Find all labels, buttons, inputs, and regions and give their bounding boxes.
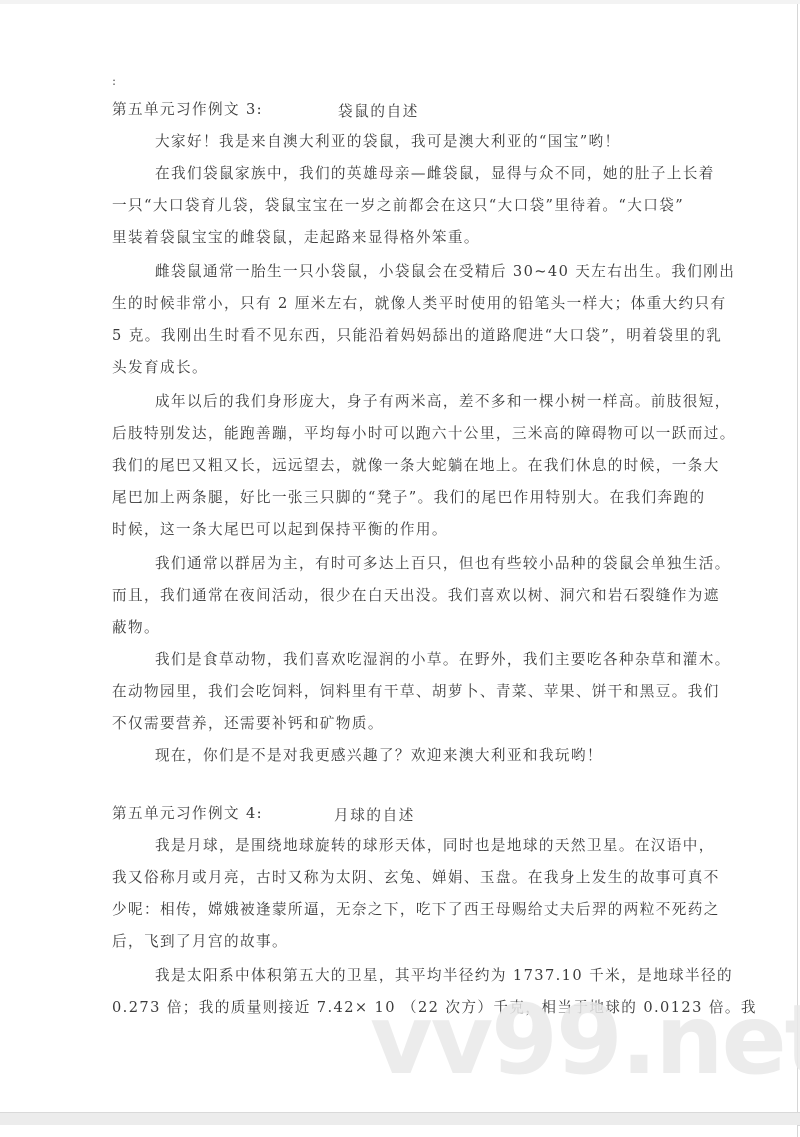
essay-heading: 第五单元习作例文 4: <box>112 804 263 824</box>
page-marker: : <box>112 74 116 88</box>
paragraph-line: 我是月球，是围绕地球旋转的球形天体，同时也是地球的天然卫星。在汉语中， <box>155 836 715 856</box>
paragraph-line: 不仅需要营养，还需要补钙和矿物质。 <box>112 714 384 734</box>
paragraph-line: 我们通常以群居为主，有时可多达上百只，但也有些较小品种的袋鼠会单独生活。 <box>155 554 731 574</box>
essay-label: 第五单元习作例文 4: <box>112 805 263 822</box>
document-page: : 第五单元习作例文 3: 袋鼠的自述 大家好！我是来自澳大利亚的袋鼠，我可是澳… <box>0 4 798 1112</box>
essay-title: 月球的自述 <box>334 804 415 825</box>
essay-heading: 第五单元习作例文 3: <box>112 100 263 120</box>
paragraph-line: 雌袋鼠通常一胎生一只小袋鼠，小袋鼠会在受精后 30~40 天左右出生。我们刚出 <box>155 262 735 282</box>
paragraph-line: 生的时候非常小，只有 2 厘米左右，就像人类平时使用的铅笔头一样大；体重大约只有 <box>112 294 727 314</box>
paragraph-line: 我们是食草动物，我们喜欢吃湿润的小草。在野外，我们主要吃各种杂草和灌木。 <box>155 650 731 670</box>
paragraph-line: 后肢特别发达，能跑善蹦，平均每小时可以跑六十公里，三米高的障碍物可以一跃而过。 <box>112 424 736 444</box>
paragraph-line: 在动物园里，我们会吃饲料，饲料里有干草、胡萝卜、青菜、苹果、饼干和黑豆。我们 <box>112 682 720 702</box>
paragraph-line: 里装着袋鼠宝宝的雌袋鼠，走起路来显得格外笨重。 <box>112 228 480 248</box>
paragraph-line: 我们的尾巴又粗又长，远远望去，就像一条大蛇躺在地上。在我们休息的时候，一条大 <box>112 456 720 476</box>
next-page <box>0 1125 798 1137</box>
paragraph-line: 后，飞到了月宫的故事。 <box>112 932 288 952</box>
paragraph-line: 5 克。我刚出生时看不见东西，只能沿着妈妈舔出的道路爬进“大口袋”，明着袋里的乳 <box>112 326 722 346</box>
paragraph-line: 成年以后的我们身形庞大，身子有两米高，差不多和一棵小树一样高。前肢很短， <box>155 392 731 412</box>
paragraph-line: 而且，我们通常在夜间活动，很少在白天出没。我们喜欢以树、洞穴和岩石裂缝作为遮 <box>112 586 720 606</box>
paragraph-line: 尾巴加上两条腿，好比一张三只脚的“凳子”。我们的尾巴作用特别大。在我们奔跑的 <box>112 488 706 508</box>
paragraph-line: 大家好！我是来自澳大利亚的袋鼠，我可是澳大利亚的“国宝”哟！ <box>155 132 621 152</box>
paragraph-line: 在我们袋鼠家族中，我们的英雄母亲—雌袋鼠，显得与众不同，她的肚子上长着 <box>155 164 715 184</box>
paragraph-line: 少呢：相传，嫦娥被逢蒙所逼，无奈之下，吃下了西王母赐给丈夫后羿的两粒不死药之 <box>112 900 720 920</box>
page-separator <box>0 1112 800 1126</box>
paragraph-line: 我是太阳系中体积第五大的卫星，其平均半径约为 1737.10 千米，是地球半径的 <box>155 966 733 986</box>
essay-label: 第五单元习作例文 3: <box>112 101 263 118</box>
paragraph-line: 时候，这一条大尾巴可以起到保持平衡的作用。 <box>112 520 448 540</box>
paragraph-line: 头发育成长。 <box>112 358 208 378</box>
paragraph-line: 一只“大口袋育儿袋，袋鼠宝宝在一岁之前都会在这只“大口袋”里待着。“大口袋” <box>112 196 684 216</box>
essay-title: 袋鼠的自述 <box>338 100 419 121</box>
paragraph-line: 蔽物。 <box>112 618 160 638</box>
paragraph-line: 0.273 倍；我的质量则接近 7.42× 10 （22 次方）千克，相当于地球… <box>112 998 757 1018</box>
paragraph-line: 我又俗称月或月亮，古时又称为太阴、玄兔、婵娟、玉盘。在我身上发生的故事可真不 <box>112 868 720 888</box>
paragraph-line: 现在，你们是不是对我更感兴趣了？欢迎来澳大利亚和我玩哟！ <box>155 746 603 766</box>
